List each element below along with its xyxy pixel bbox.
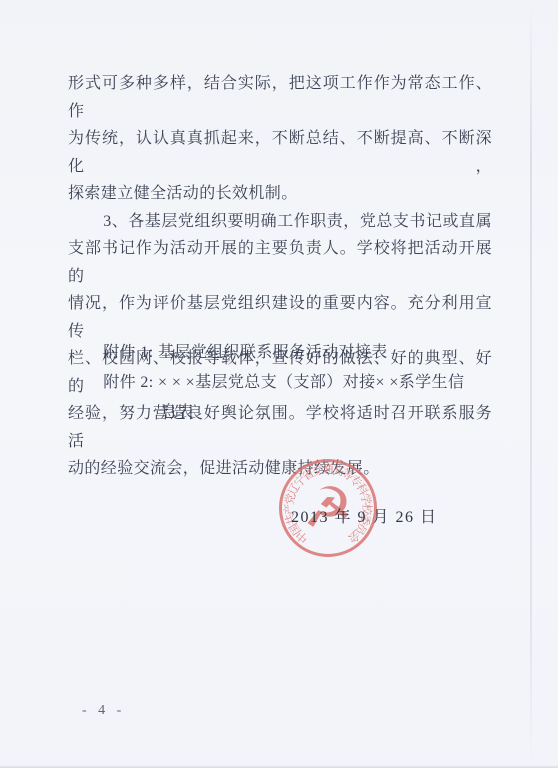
body-text-line: 探索建立健全活动的长效机制。 xyxy=(68,180,492,208)
attachment-lines: 附件 1: 基层党组织联系服务活动对接表附件 2: × × ×基层党总支（支部）… xyxy=(68,338,508,428)
document-page: 形式可多种多样，结合实际，把这项工作作为常态工作、作为传统，认认真真抓起来，不断… xyxy=(0,0,558,768)
body-text-line: 形式可多种多样，结合实际，把这项工作作为常态工作、作 xyxy=(68,70,492,125)
document-date: 2013 年 9 月 26 日 xyxy=(291,504,438,527)
attachment-line: 附件 1: 基层党组织联系服务活动对接表 xyxy=(68,338,508,368)
body-text-line: 3、各基层党组织要明确工作职责，党总支书记或直属 xyxy=(68,208,492,236)
attachment-line: 息表 xyxy=(68,398,508,428)
body-text-line: 支部书记作为活动开展的主要负责人。学校将把活动开展的 xyxy=(68,235,492,290)
page-number: - 4 - xyxy=(82,703,125,719)
body-text-line: 为传统，认认真真抓起来，不断总结、不断提高、不断深化， xyxy=(68,125,492,180)
attachment-line: 附件 2: × × ×基层党总支（支部）对接× ×系学生信 xyxy=(68,368,508,398)
body-text-line: 情况，作为评价基层党组织建设的重要内容。充分利用宣传 xyxy=(68,290,492,345)
scan-edge-right xyxy=(530,0,532,768)
